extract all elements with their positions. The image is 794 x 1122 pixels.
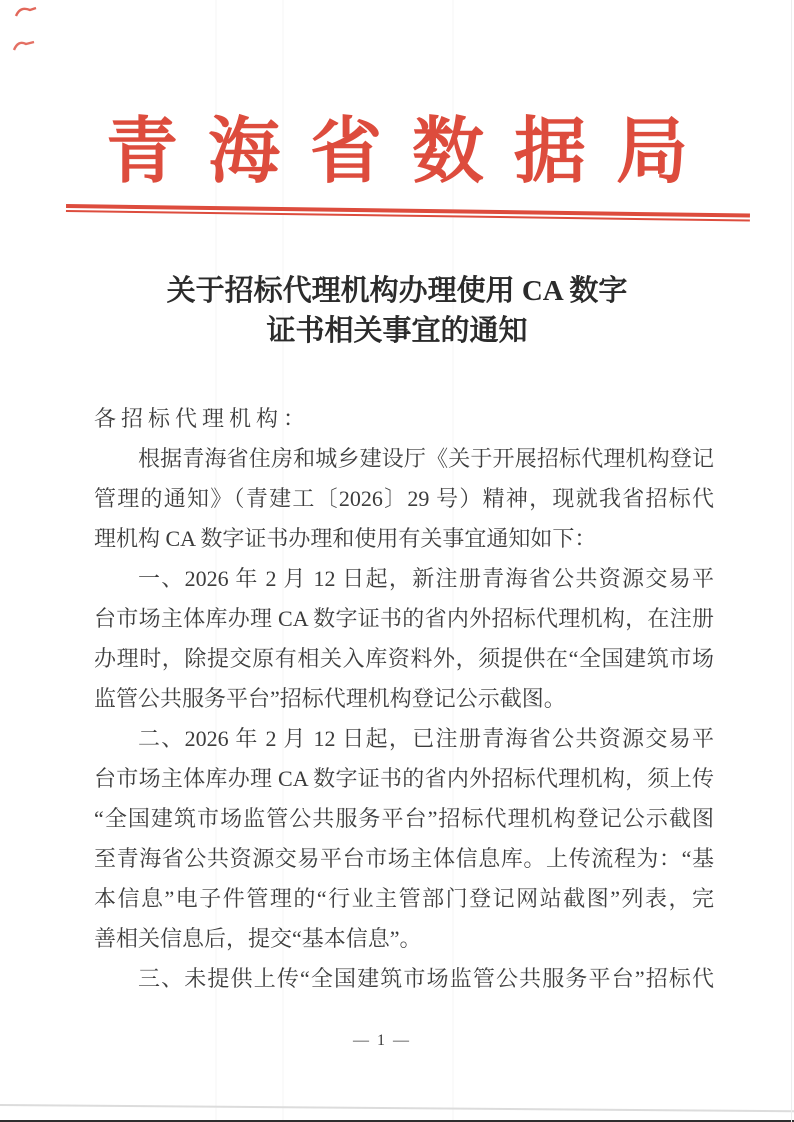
notice-title: 关于招标代理机构办理使用 CA 数字 证书相关事宜的通知 — [0, 271, 794, 351]
body-line: 本信息”电子件管理的“行业主管部门登记网站截图”列表，完 — [94, 879, 714, 919]
body-line: 台市场主体库办理 CA 数字证书的省内外招标代理机构，在注册 — [94, 599, 714, 639]
scan-mark-icon — [10, 2, 44, 58]
body-line: 管理的通知》（青建工〔2026〕29 号）精神，现就我省招标代 — [94, 479, 714, 519]
agency-name: 青海省数据局 — [76, 104, 718, 200]
body-line: 三、未提供上传“全国建筑市场监管公共服务平台”招标代 — [94, 959, 714, 999]
scan-artifact-right-edge — [791, 0, 792, 1122]
body-line: 台市场主体库办理 CA 数字证书的省内外招标代理机构，须上传 — [94, 759, 714, 799]
body-line: 办理时，除提交原有相关入库资料外，须提供在“全国建筑市场 — [94, 639, 714, 679]
body-line: 理机构 CA 数字证书办理和使用有关事宜通知如下： — [94, 519, 714, 559]
body-line: 监管公共服务平台”招标代理机构登记公示截图。 — [94, 679, 714, 719]
header-divider — [66, 204, 750, 222]
body-line: 根据青海省住房和城乡建设厅《关于开展招标代理机构登记 — [94, 439, 714, 479]
document-body: 各招标代理机构： 根据青海省住房和城乡建设厅《关于开展招标代理机构登记 管理的通… — [94, 399, 714, 999]
notice-title-line1: 关于招标代理机构办理使用 CA 数字 — [0, 271, 794, 311]
scan-artifact-bottom-line — [0, 1104, 794, 1112]
body-line: 善相关信息后，提交“基本信息”。 — [94, 919, 714, 959]
body-line: 至青海省公共资源交易平台市场主体信息库。上传流程为：“基 — [94, 839, 714, 879]
body-line: 二、2026 年 2 月 12 日起，已注册青海省公共资源交易平 — [94, 719, 714, 759]
body-line: 各招标代理机构： — [94, 399, 714, 439]
agency-header: 青海省数据局 — [0, 104, 794, 200]
body-line: “全国建筑市场监管公共服务平台”招标代理机构登记公示截图 — [94, 799, 714, 839]
document-page: 青海省数据局 关于招标代理机构办理使用 CA 数字 证书相关事宜的通知 各招标代… — [0, 0, 794, 1122]
notice-title-line2: 证书相关事宜的通知 — [0, 311, 794, 351]
body-line: 一、2026 年 2 月 12 日起，新注册青海省公共资源交易平 — [94, 559, 714, 599]
page-number: — 1 — — [0, 1032, 764, 1050]
